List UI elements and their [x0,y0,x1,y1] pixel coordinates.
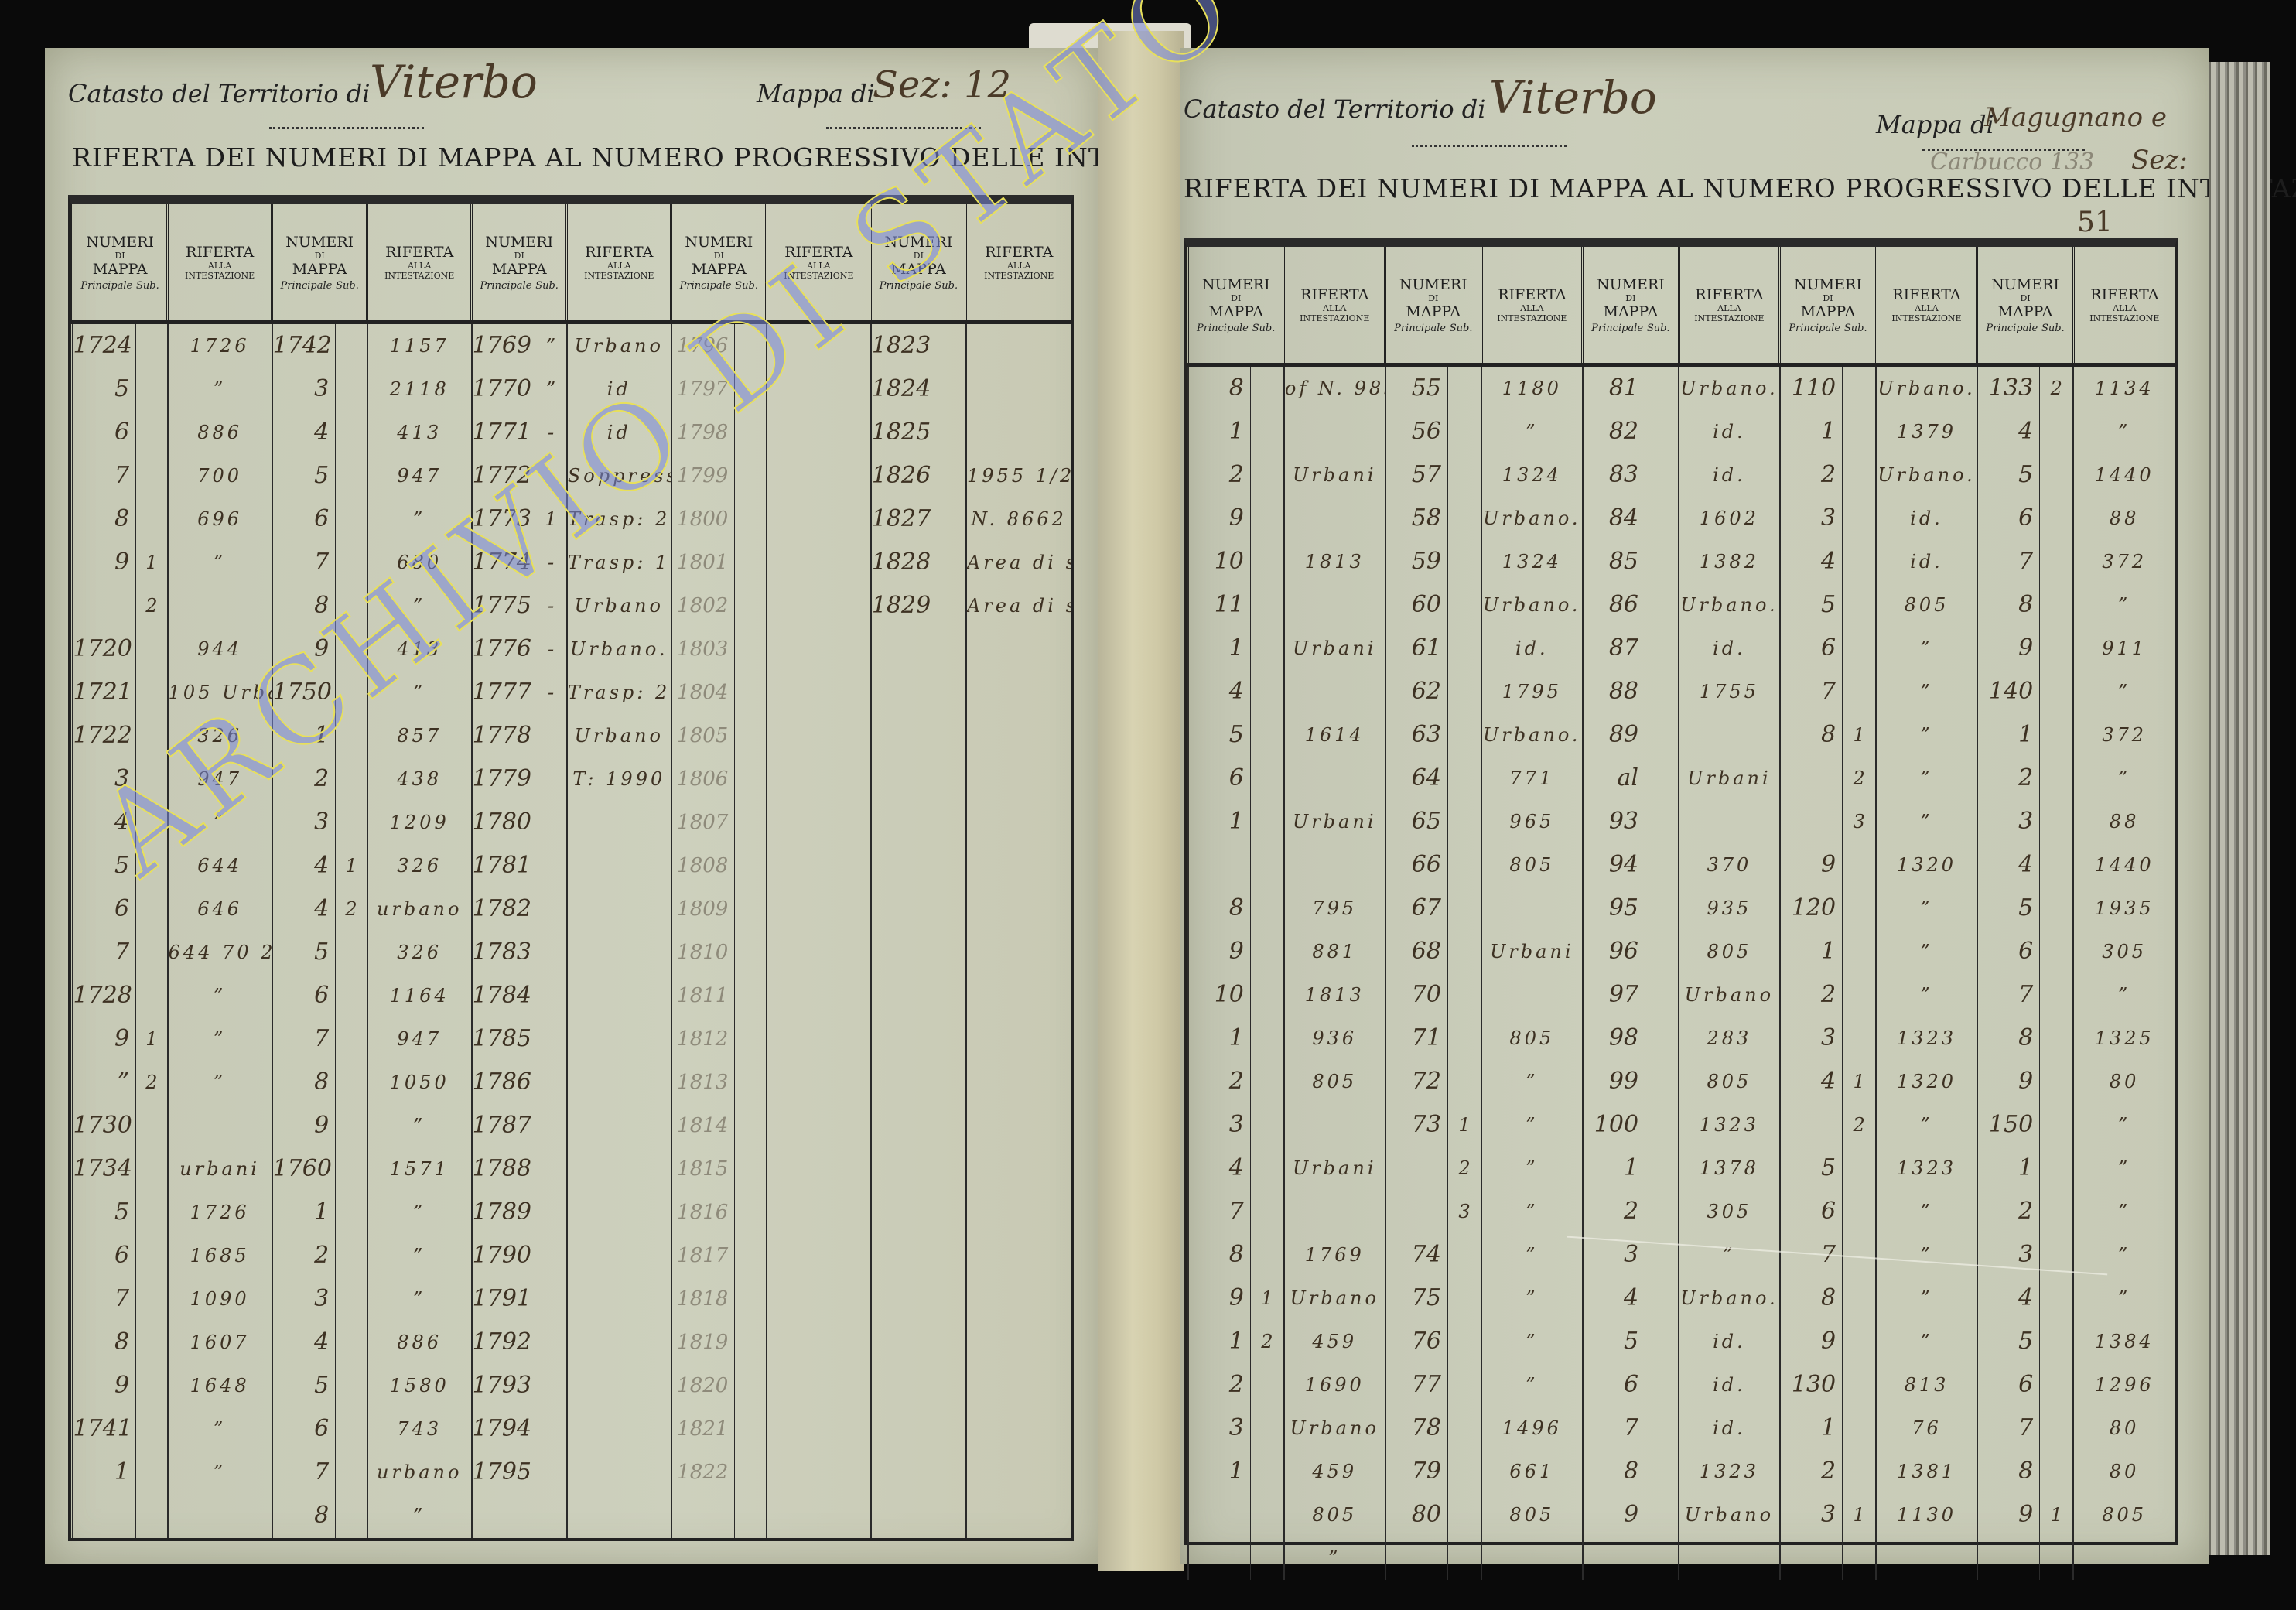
ledger-cell: 133 [1978,367,2039,410]
ledger-cell [136,1364,167,1407]
ledger-cell: 5 [1584,1320,1645,1363]
ledger-cell: 75 [1386,1277,1447,1320]
ledger-cell [336,324,367,367]
ledger-cell: 7 [73,454,136,497]
ledger-cell [2040,1190,2072,1233]
ledger-cell: 1826 [872,454,934,497]
column-principale: 1724567891720172117223456717289”1730 al1… [73,323,136,1539]
ledger-cell: 97 [1584,973,1645,1017]
header-numeri: NUMERIDIMAPPAPrincipale Sub. [73,204,168,323]
ledger-cell: 1760 [273,1147,336,1191]
ledger-cell: ” [368,497,471,541]
ledger-cell [568,844,671,887]
ledger-cell: 1742 [273,324,336,367]
ledger-cell: 886 [169,411,272,454]
ledger-cell [336,497,367,541]
catasto-value-left: Viterbo [370,56,538,108]
ledger-cell: 413 [368,627,471,671]
ledger-cell: 68 [1386,930,1447,973]
ledger-cell [336,411,367,454]
ledger-cell [2040,1407,2072,1450]
ledger-cell: 5 [73,1191,136,1234]
ledger-cell [336,714,367,757]
ledger-cell [136,801,167,844]
ledger-cell: 4 [1781,1060,1842,1103]
ledger-cell [1251,973,1283,1017]
ledger-cell: 1 [73,1451,136,1494]
ledger-cell: 1787 [473,1104,535,1147]
ledger-cell: 1324 [1482,540,1582,583]
ledger-cell: 110 [1781,367,1842,410]
ledger-cell: 1607 [169,1321,272,1364]
ledger-cell: id. [1877,497,1977,540]
ledger-cell [967,411,1071,454]
column-sub [1645,365,1679,1581]
ledger-cell: 3 [1781,1493,1842,1537]
ledger-cell: 3 [1978,1233,2039,1277]
ledger-cell: 1 [1781,410,1842,453]
column-riferta: UrbanoididSoppresso.Trasp: 2080.Trasp: 1… [567,323,671,1539]
header-riferta: RIFERTAALLAINTESTAZIONE [1284,247,1385,365]
ledger-cell: Urbano. [1679,1277,1779,1320]
ledger-cell: 1935 [2074,887,2175,930]
ledger-cell: 1730 al [73,1104,136,1147]
ledger-cell: 9 [73,1017,136,1061]
ledger-cell: 2 [136,584,167,627]
ledger-cell: id. [1679,410,1779,453]
ledger-cell [535,1451,566,1494]
ledger-cell [535,887,566,931]
ledger-cell: 413 [368,411,471,454]
column-principale: 818283848586878889al93949596979899100123… [1583,365,1645,1581]
ledger-cell: 1690 [1285,1363,1385,1407]
ledger-cell: 1134 [2074,367,2175,410]
ledger-cell: 6 [1781,1190,1842,1233]
ledger-cell: 1807 [672,801,735,844]
ledger-cell: id [568,411,671,454]
ledger-cell: 1805 [672,714,735,757]
ledger-cell [1189,843,1250,887]
mappa-value-right: Magugnano e [1984,102,2167,133]
ledger-cell [2040,1060,2072,1103]
ledger-table-right: NUMERIDIMAPPAPrincipale Sub. RIFERTAALLA… [1184,238,2178,1545]
ledger-cell: ” [169,1017,272,1061]
ledger-cell [1251,1103,1283,1147]
mappa-label-left: Mappa di [757,79,875,108]
ledger-cell: 1496 [1482,1407,1582,1450]
ledger-cell [136,1451,167,1494]
ledger-cell [136,671,167,714]
ledger-cell: 10 [1189,540,1250,583]
header-riferta: RIFERTAALLAINTESTAZIONE [1679,247,1780,365]
ledger-cell [1448,540,1481,583]
ledger-cell: 326 [368,844,471,887]
ledger-cell [568,1277,671,1321]
ledger-cell: 1750 [273,671,336,714]
ledger-cell [336,801,367,844]
ledger-cell [336,1234,367,1277]
ledger-cell: 84 [1584,497,1645,540]
ledger-cell [136,497,167,541]
ledger-cell [1843,1320,1875,1363]
ledger-cell [568,1104,671,1147]
ledger-cell [568,887,671,931]
ledger-cell: 2 [1584,1190,1645,1233]
ledger-cell: 944 [169,627,272,671]
ledger-cell: 11 [1189,583,1250,627]
ledger-cell: 70 [1386,973,1447,1017]
ledger-cell: 6 [73,887,136,931]
ledger-cell: 4 [273,844,336,887]
ledger-cell [1251,1190,1283,1233]
ledger-cell [1843,497,1875,540]
ledger-cell: 805 [1482,843,1582,887]
ledger-cell: 1726 [169,1191,272,1234]
ledger-cell: 80 [2074,1407,2175,1450]
ledger-cell: 59 [1386,540,1447,583]
ledger-cell: ” [1877,930,1977,973]
ledger-cell: 80 [1386,1493,1447,1537]
ledger-cell: 1808 [672,844,735,887]
ledger-cell: 1769 [473,324,535,367]
ledger-cell: 9 [1189,930,1250,973]
ledger-cell [1251,497,1283,540]
ledger-cell: 8 [1978,1017,2039,1060]
ledger-cell: 4 [1978,1277,2039,1320]
ledger-cell [1843,1277,1875,1320]
ledger-cell: ” [2074,670,2175,713]
ledger-cell: 120 [1781,887,1842,930]
ledger-cell: 1325 [2074,1017,2175,1060]
ledger-cell: 8 [273,584,336,627]
header-riferta: RIFERTAALLAINTESTAZIONE [1481,247,1583,365]
ledger-cell: 56 [1386,410,1447,453]
ledger-cell: 6 [73,411,136,454]
column-riferta: 1134”144088372”911”372”8814401935305”132… [2073,365,2175,1581]
ledger-cell [1251,1407,1283,1450]
ledger-cell [1843,1190,1875,1233]
ledger-cell: urbani [169,1147,272,1191]
ledger-cell [136,1147,167,1191]
ledger-cell [1448,800,1481,843]
ledger-cell: ” [1482,1190,1582,1233]
mappa-sez: Sez: [2131,145,2188,176]
ledger-cell: 8 [1189,1233,1250,1277]
ledger-cell: ” [368,584,471,627]
ledger-cell [1285,583,1385,627]
ledger-cell: 7 [1978,540,2039,583]
ledger-cell: 6 [273,1407,336,1451]
ledger-cell: Urbano. [568,627,671,671]
ledger-cell [2040,800,2072,843]
ledger-cell: Urbano [1285,1407,1385,1450]
ledger-cell: 8 [1781,1277,1842,1320]
ledger-cell [535,714,566,757]
header-riferta: RIFERTAALLAINTESTAZIONE [567,204,671,323]
ledger-cell: 2 [2040,367,2072,410]
mappa-value-left: Sez: 12 [873,63,1011,107]
ledger-cell: ” [169,1451,272,1494]
ledger-cell: ” [1482,1363,1582,1407]
ledger-cell: ” [2074,1103,2175,1147]
header-riferta: RIFERTAALLAINTESTAZIONE [767,204,871,323]
ledger-cell: 89 [1584,713,1645,757]
ledger-cell: 1 [1843,1493,1875,1537]
ledger-cell: 1 [1843,1060,1875,1103]
ledger-cell: 9 [1781,843,1842,887]
ledger-cell: ” [1482,1103,1582,1147]
ledger-cell: 1788 [473,1147,535,1191]
ledger-cell: 9 [1781,1320,1842,1363]
ledger-cell: 78 [1386,1407,1447,1450]
ledger-cell: ” [1877,1233,1977,1277]
ledger-cell: 771 [1482,757,1582,800]
ledger-cell: 1776 [473,627,535,671]
ledger-cell: 283 [1679,1017,1779,1060]
ledger-cell: ” [169,541,272,584]
ledger-cell [336,931,367,974]
ledger-cell [2040,887,2072,930]
ledger-cell: 1755 [1679,670,1779,713]
ledger-cell: 805 [1679,930,1779,973]
ledger-cell: 6 [1978,497,2039,540]
ledger-cell: 5 [1978,453,2039,497]
ledger-cell: 947 [368,454,471,497]
ledger-cell: 1 [1189,1450,1250,1493]
ledger-cell: Urbano. [1482,713,1582,757]
ledger-cell: 1 [1781,1407,1842,1450]
ledger-cell: 1324 [1482,453,1582,497]
ledger-cell: ” [169,801,272,844]
ledger-cell: ” [1482,1233,1582,1277]
ledger-cell [1448,843,1481,887]
ledger-cell: 2 [1843,1103,1875,1147]
ledger-cell: id. [1679,453,1779,497]
column-riferta: 1180”1324Urbano.1324Urbano.id.1795Urbano… [1481,365,1583,1581]
ledger-cell [568,1147,671,1191]
ledger-cell: ” [1877,887,1977,930]
ledger-cell: 1778 [473,714,535,757]
ledger-cell: 1614 [1285,713,1385,757]
ledger-cell [1843,583,1875,627]
ledger-cell [1843,670,1875,713]
ledger-cell [73,584,136,627]
ledger-cell [1448,1017,1481,1060]
ledger-cell: 1817 [672,1234,735,1277]
ledger-cell: 1789 [473,1191,535,1234]
ledger-cell: 1781 [473,844,535,887]
ledger-cell [568,1061,671,1104]
ledger-cell: 8 [1189,367,1250,410]
ledger-cell [1482,973,1582,1017]
ledger-cell [535,1191,566,1234]
ledger-cell [568,1191,671,1234]
ledger-cell: ” [2074,1190,2175,1233]
ledger-cell [336,627,367,671]
ledger-cell [1251,1450,1283,1493]
ledger-cell: 857 [368,714,471,757]
ledger-cell: 5 [1781,1147,1842,1190]
ledger-cell [336,1407,367,1451]
ledger-cell: 86 [1584,583,1645,627]
ledger-cell: 370 [1679,843,1779,887]
wavy-rule [1412,137,1567,147]
ledger-cell [1843,453,1875,497]
ledger-cell: 2 [1978,1190,2039,1233]
ledger-cell [136,714,167,757]
ledger-cell: 1814 [672,1104,735,1147]
ledger-cell: 1809 [672,887,735,931]
ledger-cell: ” [1877,1277,1977,1320]
ledger-cell [1781,757,1842,800]
ledger-cell: 72 [1386,1060,1447,1103]
ledger-cell [136,1104,167,1147]
ledger-cell: 1801 [672,541,735,584]
page-edges [2209,62,2270,1555]
ledger-table-left: NUMERIDIMAPPAPrincipale Sub. RIFERTAALLA… [68,195,1074,1541]
ledger-cell: 1323 [1877,1017,1977,1060]
ledger-cell [136,844,167,887]
ledger-cell [136,454,167,497]
ledger-cell: 1797 [672,367,735,411]
ledger-cell: 646 [169,887,272,931]
column-riferta: Urbano.id.id.16021382Urbano.id.1755Urban… [1679,365,1780,1581]
ledger-cell [1448,757,1481,800]
ledger-cell: 1829 [872,584,934,627]
ledger-cell: 9 [1189,497,1250,540]
ledger-cell: 1 [1189,1320,1250,1363]
ledger-cell: ” [1877,1103,1977,1147]
ledger-cell: ” [1482,1060,1582,1103]
ledger-cell [136,1407,167,1451]
ledger-cell [1251,843,1283,887]
header-numeri: NUMERIDIMAPPAPrincipale Sub. [1583,247,1679,365]
catasto-label-right: Catasto del Territorio di [1184,94,1485,124]
ledger-cell: 58 [1386,497,1447,540]
header-riferta: RIFERTAALLAINTESTAZIONE [367,204,472,323]
ledger-cell [2040,583,2072,627]
ledger-cell: 805 [1482,1017,1582,1060]
ledger-cell: ” [1877,670,1977,713]
ledger-cell [2040,930,2072,973]
ledger-cell: 372 [2074,713,2175,757]
ledger-cell: 795 [1285,887,1385,930]
ledger-cell: 805 [1285,1493,1385,1537]
ledger-cell: ” [1285,1537,1385,1580]
ledger-cell: 5 [273,1364,336,1407]
ledger-cell: 1323 [1877,1147,1977,1190]
ledger-cell [336,454,367,497]
ledger-cell [1251,583,1283,627]
ledger-cell: 2 [1189,453,1250,497]
ledger-cell: 1784 [473,974,535,1017]
ledger-cell [136,411,167,454]
ledger-cell: 80 [2074,1450,2175,1493]
ledger-cell: 1793 [473,1364,535,1407]
ledger-cell [1448,1363,1481,1407]
ledger-cell: 55 [1386,367,1447,410]
ledger-cell: 459 [1285,1450,1385,1493]
ledger-cell: Urbano [1679,1493,1779,1537]
ledger-cell: 80 [2074,1060,2175,1103]
ledger-cell [136,757,167,801]
mappa-label-right: Mappa di [1876,110,1994,139]
ledger-cell: 743 [368,1407,471,1451]
ledger-cell: 65 [1386,800,1447,843]
ledger-cell: 1 [1584,1147,1645,1190]
header-riferta: RIFERTAALLAINTESTAZIONE [2073,247,2175,365]
ledger-cell [1251,1233,1283,1277]
ledger-cell: 8 [273,1061,336,1104]
ledger-cell: 94 [1584,843,1645,887]
ledger-cell: 1378 [1679,1147,1779,1190]
ledger-cell [2040,627,2072,670]
ledger-cell: 1 [1978,713,2039,757]
ledger-cell: 3 [273,367,336,411]
header-numeri: NUMERIDIMAPPAPrincipale Sub. [1780,247,1876,365]
ledger-cell [535,974,566,1017]
ledger-cell [1482,887,1582,930]
ledger-cell: - [535,584,566,627]
ledger-cell [1251,1060,1283,1103]
ledger-cell: 1816 [672,1191,735,1234]
ledger-cell: ” [1877,800,1977,843]
ledger-cell: 8 [1584,1450,1645,1493]
ledger-cell: 1741 [73,1407,136,1451]
ledger-cell: 7 [1189,1190,1250,1233]
ledger-cell: ” [1482,1320,1582,1363]
ledger-cell: 66 [1386,843,1447,887]
ledger-cell [1843,1450,1875,1493]
ledger-cell: 1382 [1679,540,1779,583]
ledger-cell: 7 [273,541,336,584]
ledger-cell [1251,800,1283,843]
column-principale: 1769177017711772177317741775177617771778… [472,323,535,1539]
ledger-cell: Urbano. [1679,583,1779,627]
ledger-cell: Urbano [1285,1277,1385,1320]
ledger-cell: 1 [1251,1277,1283,1320]
ledger-cell: ” [169,367,272,411]
ledger-cell: 9 [273,627,336,671]
ledger-cell [1448,1493,1481,1537]
wavy-rule [1922,141,2085,151]
ledger-cell: 1 [1781,930,1842,973]
ledger-cell: 7 [1584,1407,1645,1450]
ledger-cell: Urbano. [1482,583,1582,627]
ledger-cell [1285,843,1385,887]
ledger-cell: 9 [1978,1493,2039,1537]
ledger-cell [1843,410,1875,453]
ledger-cell [2040,843,2072,887]
ledger-cell: 1800 [672,497,735,541]
ledger-cell: 1721 [73,671,136,714]
ledger-cell: 305 [2074,930,2175,973]
ledger-cell: 1810 [672,931,735,974]
ledger-cell [1448,887,1481,930]
ledger-cell: Trasp: 2079. [568,671,671,714]
ledger-cell: 100 [1584,1103,1645,1147]
ledger-cell: 62 [1386,670,1447,713]
ledger-cell [169,584,272,627]
ledger-cell: 9 [273,1104,336,1147]
ledger-cell: 1819 [672,1321,735,1364]
ledger-cell [136,1234,167,1277]
ledger-cell: 9 [1978,1060,2039,1103]
ledger-cell: 8 [1978,1450,2039,1493]
ledger-cell: ” [1877,1320,1977,1363]
ledger-cell: Urbani [1285,453,1385,497]
ledger-cell: 1955 1/2 [967,454,1071,497]
